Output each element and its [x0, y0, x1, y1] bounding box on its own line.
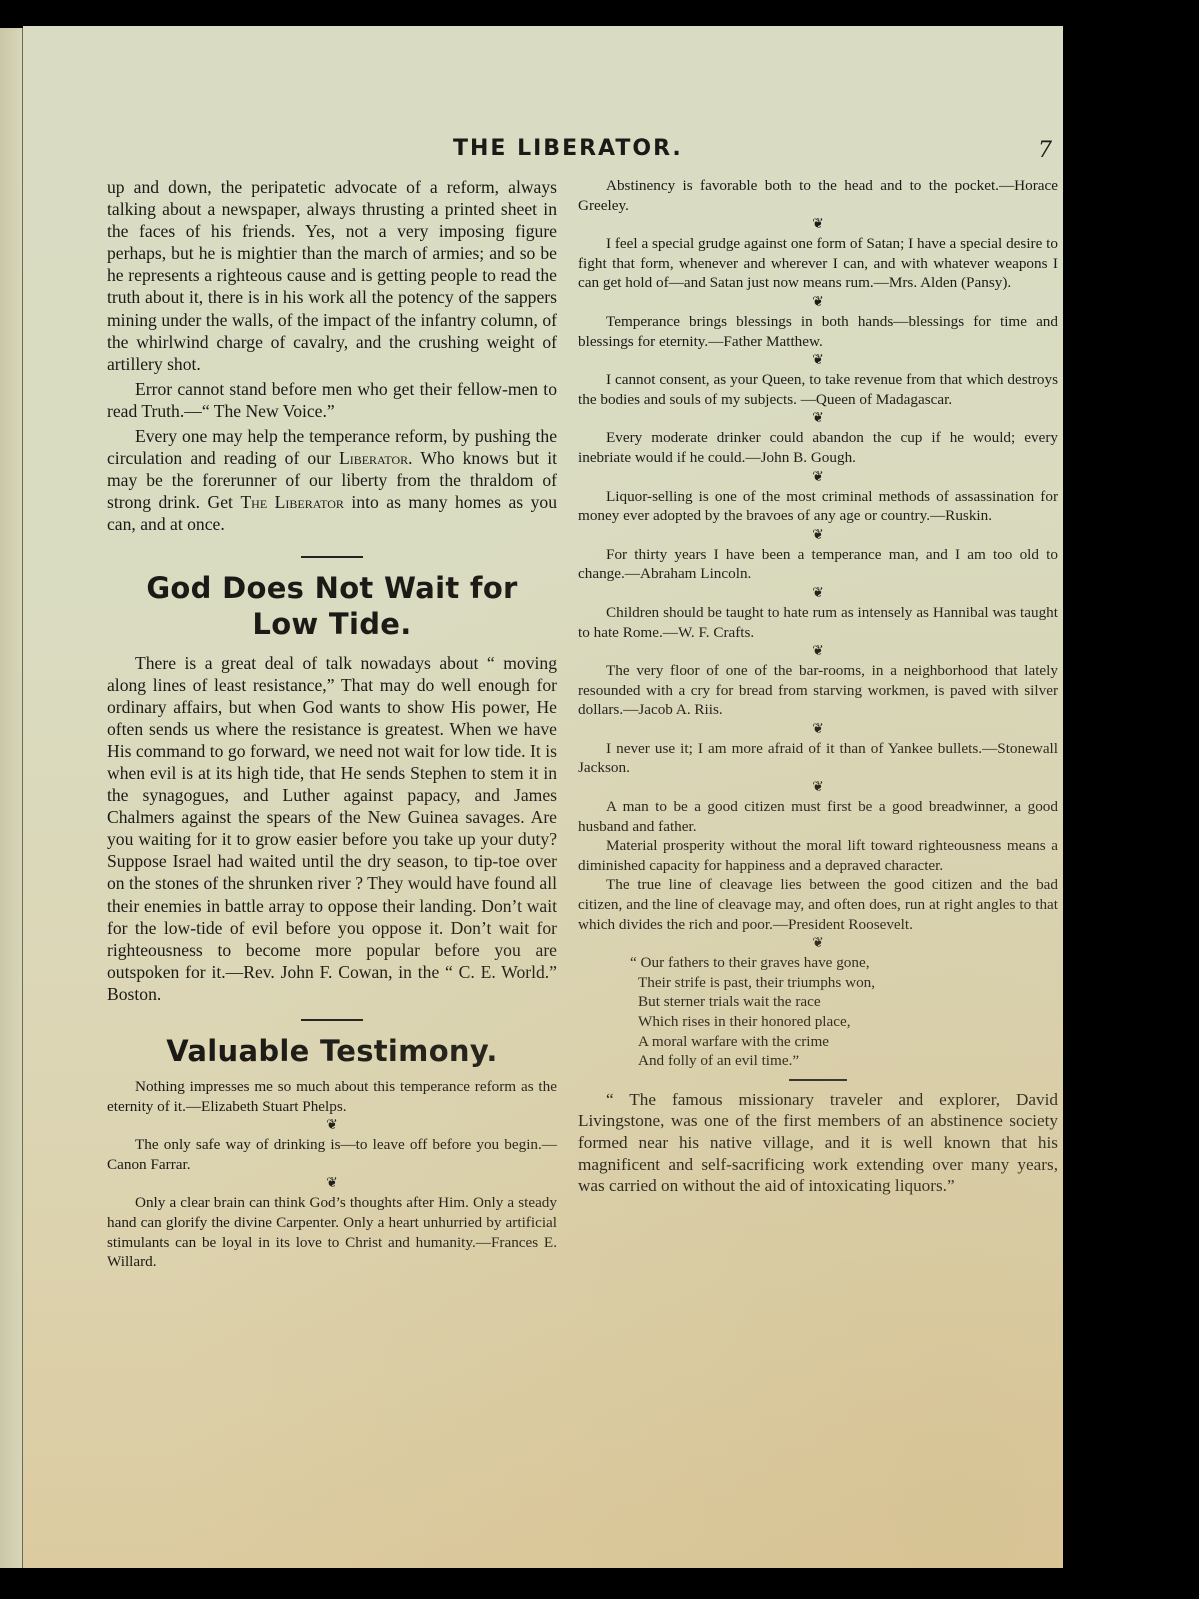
testimony-quote: Temperance brings blessings in both hand… [578, 312, 1058, 351]
article-body-low-tide: There is a great deal of talk nowadays a… [107, 652, 557, 1006]
fleuron-ornament: ❦ [107, 1174, 557, 1193]
fleuron-ornament: ❦ [578, 720, 1058, 739]
right-column: Abstinency is favorable both to the head… [578, 176, 1058, 1197]
livingstone-quote: “ The famous missionary traveler and exp… [578, 1089, 1058, 1197]
appeal-paragraph: Every one may help the temperance reform… [107, 425, 557, 535]
poem-line: But sterner trials wait the race [630, 992, 1058, 1012]
fleuron-ornament: ❦ [578, 468, 1058, 487]
poem-line: “ Our fathers to their graves have gone, [630, 953, 1058, 973]
roosevelt-paragraph: Material prosperity without the moral li… [578, 836, 1058, 875]
left-column: up and down, the peripatetic advocate of… [107, 176, 557, 1272]
poem-line: A moral warfare with the crime [630, 1032, 1058, 1052]
testimony-quote: Liquor-selling is one of the most crimin… [578, 487, 1058, 526]
headline-line: God Does Not Wait for [107, 570, 557, 606]
testimony-quote: Abstinency is favorable both to the head… [578, 176, 1058, 215]
section-divider [789, 1079, 847, 1081]
testimony-quotes: Nothing impresses me so much about this … [107, 1077, 557, 1272]
fleuron-ornament: ❦ [578, 526, 1058, 545]
masthead: THE LIBERATOR. [453, 136, 683, 161]
intro-paragraph: up and down, the peripatetic advocate of… [107, 176, 557, 375]
newspaper-page: THE LIBERATOR. 7 up and down, the peripa… [23, 26, 1063, 1568]
testimony-quote: Children should be taught to hate rum as… [578, 603, 1058, 642]
roosevelt-paragraph: A man to be a good citizen must first be… [578, 797, 1058, 836]
roosevelt-quote: A man to be a good citizen must first be… [578, 797, 1058, 934]
fleuron-ornament: ❦ [578, 778, 1058, 797]
section-divider [301, 556, 363, 558]
facing-page-edge [0, 28, 23, 1568]
headline-line: Low Tide. [107, 606, 557, 642]
testimony-quote: Every moderate drinker could abandon the… [578, 428, 1058, 467]
fleuron-ornament: ❦ [578, 351, 1058, 370]
testimony-quote: The only safe way of drinking is—to leav… [107, 1135, 557, 1174]
poem: “ Our fathers to their graves have gone,… [578, 953, 1058, 1071]
testimony-quote: I never use it; I am more afraid of it t… [578, 739, 1058, 778]
fleuron-ornament: ❦ [578, 409, 1058, 428]
testimony-quote: The very floor of one of the bar-rooms, … [578, 661, 1058, 720]
testimony-quote: For thirty years I have been a temperanc… [578, 545, 1058, 584]
testimony-quote: Only a clear brain can think God’s thoug… [107, 1193, 557, 1271]
liberator-name: Liberator [339, 448, 408, 468]
testimony-quote: I feel a special grudge against one form… [578, 234, 1058, 293]
quotes-list: Abstinency is favorable both to the head… [578, 176, 1058, 797]
article-headline-low-tide: God Does Not Wait for Low Tide. [107, 570, 557, 642]
fleuron-ornament: ❦ [578, 934, 1058, 953]
roosevelt-paragraph: The true line of cleavage lies between t… [578, 875, 1058, 934]
testimony-quote: I cannot consent, as your Queen, to take… [578, 370, 1058, 409]
section-divider [301, 1019, 363, 1021]
poem-line: Their strife is past, their triumphs won… [630, 973, 1058, 993]
fleuron-ornament: ❦ [578, 642, 1058, 661]
poem-line: Which rises in their honored place, [630, 1012, 1058, 1032]
fleuron-ornament: ❦ [578, 584, 1058, 603]
article-headline-testimony: Valuable Testimony. [107, 1033, 557, 1069]
testimony-quote: Nothing impresses me so much about this … [107, 1077, 557, 1116]
page-number: 7 [1038, 138, 1052, 163]
liberator-name: The Liberator [240, 492, 343, 512]
running-head: THE LIBERATOR. 7 [23, 136, 1063, 166]
fleuron-ornament: ❦ [578, 215, 1058, 234]
error-paragraph: Error cannot stand before men who get th… [107, 378, 557, 422]
poem-line: And folly of an evil time.” [630, 1051, 1058, 1071]
fleuron-ornament: ❦ [107, 1116, 557, 1135]
fleuron-ornament: ❦ [578, 293, 1058, 312]
